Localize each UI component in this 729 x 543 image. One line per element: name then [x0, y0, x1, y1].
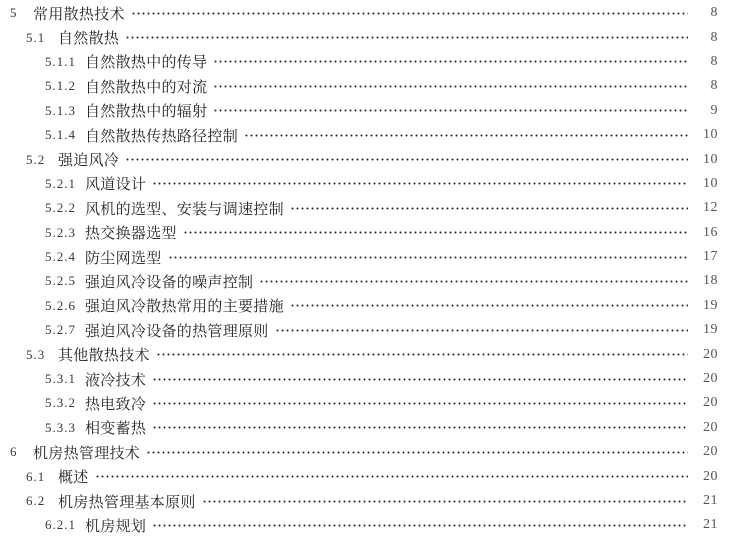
toc-entry-page: 20 [696, 347, 718, 363]
dot-leader [213, 74, 688, 98]
toc-entry: 5.2.5 强迫风冷设备的噪声控制 18 [0, 269, 718, 293]
toc-entry-title: 自然散热传热路径控制 [85, 125, 238, 146]
dot-leader [290, 294, 688, 318]
toc-entry-page: 9 [696, 103, 718, 119]
toc-entry-page: 8 [696, 78, 718, 94]
toc-entry-number: 5.2.3 [45, 225, 85, 241]
toc-entry: 5.2.4 防尘网选型 17 [0, 245, 718, 269]
dot-leader [156, 342, 688, 366]
dot-leader [152, 513, 688, 537]
dot-leader [290, 196, 688, 220]
toc-entry-page: 21 [696, 493, 718, 509]
toc-entry-page: 8 [696, 5, 718, 21]
toc-entry: 5.1.3 自然散热中的辐射 9 [0, 99, 718, 123]
toc-entry-title: 强迫风冷 [58, 149, 119, 170]
toc-entry: 5.3 其他散热技术 20 [0, 342, 718, 366]
dot-leader [259, 269, 688, 293]
toc-entry: 5.2.6 强迫风冷散热常用的主要措施 19 [0, 294, 718, 318]
toc-entry: 6.1 概述 20 [0, 464, 718, 488]
toc-entry-page: 20 [696, 444, 718, 460]
toc-entry-title: 其他散热技术 [58, 344, 150, 365]
toc-entry-title: 风道设计 [85, 173, 146, 194]
toc-entry-number: 5.2.7 [45, 322, 85, 338]
dot-leader [213, 50, 688, 74]
toc-entry-page: 8 [696, 30, 718, 46]
dot-leader [183, 221, 688, 245]
toc-entry-page: 19 [696, 322, 718, 338]
toc-entry-page: 20 [696, 469, 718, 485]
toc-entry-number: 5.3.1 [45, 371, 85, 387]
toc-entry: 5.2.7 强迫风冷设备的热管理原则 19 [0, 318, 718, 342]
toc-entry-number: 5.2.5 [45, 273, 85, 289]
toc-entry-number: 6.1 [26, 469, 58, 485]
toc-entry-title: 强迫风冷设备的噪声控制 [85, 271, 253, 292]
toc-entry-number: 5.2 [26, 152, 58, 168]
toc-entry-page: 12 [696, 200, 718, 216]
toc-entry-number: 6 [10, 444, 33, 460]
toc-entry-title: 强迫风冷散热常用的主要措施 [85, 295, 284, 316]
toc-entry-title: 概述 [58, 466, 89, 487]
toc-entry: 5.1.2 自然散热中的对流 8 [0, 74, 718, 98]
toc-entry-number: 5.1.4 [45, 127, 85, 143]
toc-entry-title: 自然散热中的对流 [85, 76, 207, 97]
toc-entry: 5.1 自然散热 8 [0, 25, 718, 49]
dot-leader [244, 123, 688, 147]
toc-entry: 5.3.2 热电致冷 20 [0, 391, 718, 415]
toc-entry-title: 强迫风冷设备的热管理原则 [85, 320, 269, 341]
toc-entry: 6.2.1 机房规划 21 [0, 513, 718, 537]
dot-leader [202, 489, 688, 513]
toc-entry-number: 5.1 [26, 30, 58, 46]
toc-entry: 5.2.2 风机的选型、安装与调速控制 12 [0, 196, 718, 220]
toc-entry-page: 17 [696, 249, 718, 265]
toc-entry-title: 液冷技术 [85, 369, 146, 390]
dot-leader [275, 318, 688, 342]
dot-leader [152, 416, 688, 440]
toc-entry-title: 常用散热技术 [33, 3, 125, 24]
toc-entry-title: 机房热管理基本原则 [58, 491, 196, 512]
toc-entry-number: 5.3.3 [45, 420, 85, 436]
toc-entry-title: 自然散热中的辐射 [85, 100, 207, 121]
dot-leader [152, 391, 688, 415]
toc-entry-number: 5 [10, 5, 33, 21]
toc-entry-number: 5.1.1 [45, 54, 85, 70]
toc-entry-page: 16 [696, 225, 718, 241]
toc-entry: 6.2 机房热管理基本原则 21 [0, 489, 718, 513]
toc-entry-number: 6.2.1 [45, 517, 85, 533]
toc-entry-number: 5.2.1 [45, 176, 85, 192]
toc-entry-title: 自然散热 [58, 27, 119, 48]
toc-entry: 5.2.1 风道设计 10 [0, 172, 718, 196]
dot-leader [152, 172, 688, 196]
toc-entry: 5.1.1 自然散热中的传导 8 [0, 50, 718, 74]
dot-leader [95, 464, 688, 488]
dot-leader [168, 245, 688, 269]
toc-entry-number: 5.2.2 [45, 200, 85, 216]
toc-entry: 5.3.1 液冷技术 20 [0, 367, 718, 391]
toc-entry: 5.2 强迫风冷 10 [0, 147, 718, 171]
toc-entry-page: 18 [696, 273, 718, 289]
dot-leader [213, 99, 688, 123]
toc-entry-number: 5.3 [26, 347, 58, 363]
dot-leader [152, 367, 688, 391]
toc-entry: 5.3.3 相变蓄热 20 [0, 416, 718, 440]
toc-page: 5 常用散热技术 8 5.1 自然散热 8 5.1.1 自然散热中的传导 8 5… [0, 0, 729, 543]
toc-entry-number: 5.1.2 [45, 78, 85, 94]
dot-leader [125, 25, 688, 49]
toc-entry-title: 机房规划 [85, 515, 146, 536]
toc-entry-title: 机房热管理技术 [33, 442, 140, 463]
toc-entry-page: 10 [696, 176, 718, 192]
toc-list: 5 常用散热技术 8 5.1 自然散热 8 5.1.1 自然散热中的传导 8 5… [0, 1, 718, 538]
toc-entry: 6 机房热管理技术 20 [0, 440, 718, 464]
dot-leader [131, 1, 688, 25]
toc-entry-number: 5.2.4 [45, 249, 85, 265]
toc-entry-title: 热电致冷 [85, 393, 146, 414]
toc-entry-number: 5.3.2 [45, 395, 85, 411]
toc-entry-page: 10 [696, 127, 718, 143]
dot-leader [146, 440, 688, 464]
toc-entry-page: 19 [696, 298, 718, 314]
toc-entry: 5 常用散热技术 8 [0, 1, 718, 25]
toc-entry-number: 5.1.3 [45, 103, 85, 119]
toc-entry-page: 10 [696, 152, 718, 168]
toc-entry-title: 相变蓄热 [85, 417, 146, 438]
toc-entry-page: 8 [696, 54, 718, 70]
toc-entry: 5.1.4 自然散热传热路径控制 10 [0, 123, 718, 147]
toc-entry-number: 6.2 [26, 493, 58, 509]
toc-entry-title: 防尘网选型 [85, 247, 162, 268]
toc-entry-page: 21 [696, 517, 718, 533]
toc-entry: 5.2.3 热交换器选型 16 [0, 221, 718, 245]
toc-entry-page: 20 [696, 420, 718, 436]
toc-entry-title: 热交换器选型 [85, 222, 177, 243]
toc-entry-title: 风机的选型、安装与调速控制 [85, 198, 284, 219]
dot-leader [125, 147, 688, 171]
toc-entry-page: 20 [696, 371, 718, 387]
toc-entry-number: 5.2.6 [45, 298, 85, 314]
toc-entry-title: 自然散热中的传导 [85, 51, 207, 72]
toc-entry-page: 20 [696, 395, 718, 411]
